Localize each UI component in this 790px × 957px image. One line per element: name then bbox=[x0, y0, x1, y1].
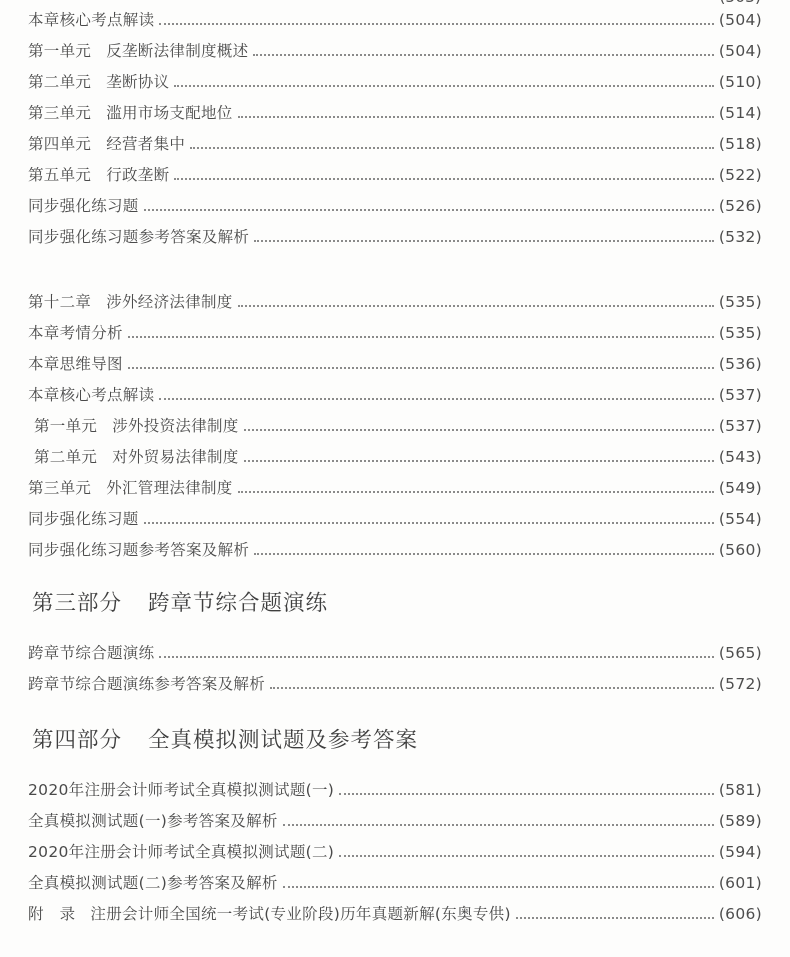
toc-entry: 本章核心考点解读 (504) bbox=[28, 5, 762, 36]
toc-entry-page-number: (565) bbox=[719, 638, 762, 669]
toc-section-part4: 第四部分全真模拟测试题及参考答案 2020年注册会计师考试全真模拟测试题(一) … bbox=[28, 726, 762, 930]
toc-entry: 同步强化练习题参考答案及解析 (532) bbox=[28, 222, 762, 253]
toc-entry-page-number: (522) bbox=[719, 160, 762, 191]
toc-entry-title: 行政垄断 bbox=[106, 160, 169, 191]
toc-entry-title: 本章考情分析 bbox=[28, 318, 123, 349]
toc-entry-title: 跨章节综合题演练 bbox=[28, 638, 154, 669]
dot-leader bbox=[238, 491, 714, 493]
dot-leader bbox=[238, 116, 714, 118]
toc-entry: 跨章节综合题演练 (565) bbox=[28, 638, 762, 669]
toc-sections-container: 本章核心考点解读 (504) 第一单元 反垄断法律制度概述 (504) 第二单元… bbox=[28, 5, 762, 930]
dot-leader bbox=[253, 54, 713, 56]
toc-entry: 第四单元 经营者集中 (518) bbox=[28, 129, 762, 160]
toc-section-chapter11: 本章核心考点解读 (504) 第一单元 反垄断法律制度概述 (504) 第二单元… bbox=[28, 5, 762, 253]
toc-entry-prefix: 附 录 bbox=[28, 899, 75, 930]
toc-entry-prefix: 第四单元 bbox=[28, 129, 91, 160]
toc-entry-page-number: (560) bbox=[719, 535, 762, 566]
toc-entry-prefix: 第五单元 bbox=[28, 160, 91, 191]
toc-entry-title: 垄断协议 bbox=[106, 67, 169, 98]
toc-entry-title: 涉外投资法律制度 bbox=[112, 411, 238, 442]
toc-entry-page-number: (549) bbox=[719, 473, 762, 504]
toc-entry-page-number: (504) bbox=[719, 36, 762, 67]
dot-leader bbox=[254, 240, 714, 242]
dot-leader bbox=[270, 687, 714, 689]
toc-entry-page-number: (589) bbox=[719, 806, 762, 837]
toc-entry-page-number: (536) bbox=[719, 349, 762, 380]
toc-entry-page-number: (518) bbox=[719, 129, 762, 160]
toc-entry-title: 反垄断法律制度概述 bbox=[106, 36, 248, 67]
toc-entry: 同步强化练习题 (554) bbox=[28, 504, 762, 535]
toc-entry-title: 2020年注册会计师考试全真模拟测试题(一) bbox=[28, 775, 334, 806]
toc-entry-title: 同步强化练习题 bbox=[28, 191, 139, 222]
toc-entry-page-number: (581) bbox=[719, 775, 762, 806]
toc-entry: 本章核心考点解读 (537) bbox=[28, 380, 762, 411]
dot-leader bbox=[339, 855, 714, 857]
toc-entry: 附 录 注册会计师全国统一考试(专业阶段)历年真题新解(东奥专供) (606) bbox=[28, 899, 762, 930]
toc-entry: 同步强化练习题 (526) bbox=[28, 191, 762, 222]
dot-leader bbox=[254, 553, 714, 555]
toc-entry: 第五单元 行政垄断 (522) bbox=[28, 160, 762, 191]
dot-leader bbox=[238, 305, 714, 307]
toc-entry-prefix: 第二单元 bbox=[34, 442, 97, 473]
toc-entry: 同步强化练习题参考答案及解析 (560) bbox=[28, 535, 762, 566]
dot-leader bbox=[244, 429, 714, 431]
toc-entry: 第十二章 涉外经济法律制度 (535) bbox=[28, 287, 762, 318]
toc-entry-prefix: 第三单元 bbox=[28, 473, 91, 504]
toc-entry-prefix: 第一单元 bbox=[28, 36, 91, 67]
toc-entry-page-number: (510) bbox=[719, 67, 762, 98]
dot-leader bbox=[159, 656, 713, 658]
toc-entry-page-number: (543) bbox=[719, 442, 762, 473]
toc-entry-page-number: (537) bbox=[719, 411, 762, 442]
toc-entry-page-number: (537) bbox=[719, 380, 762, 411]
toc-entry-title: 滥用市场支配地位 bbox=[106, 98, 232, 129]
dot-leader bbox=[174, 85, 713, 87]
toc-entry: 第二单元 垄断协议 (510) bbox=[28, 67, 762, 98]
toc-entry-page-number: (504) bbox=[719, 5, 762, 36]
dot-leader bbox=[283, 824, 714, 826]
dot-leader bbox=[283, 886, 714, 888]
toc-entry-title: 跨章节综合题演练参考答案及解析 bbox=[28, 669, 265, 700]
toc-entry-page-number: (594) bbox=[719, 837, 762, 868]
toc-entry: 全真模拟测试题(二)参考答案及解析 (601) bbox=[28, 868, 762, 899]
toc-entry-title: 经营者集中 bbox=[106, 129, 185, 160]
toc-entry: 第一单元 涉外投资法律制度 (537) bbox=[28, 411, 762, 442]
toc-section-part3: 第三部分跨章节综合题演练 跨章节综合题演练 (565) 跨章节综合题演练参考答案… bbox=[28, 589, 762, 700]
dot-leader bbox=[516, 917, 714, 919]
dot-leader bbox=[159, 398, 713, 400]
toc-entry-page-number: (572) bbox=[719, 669, 762, 700]
toc-entry-prefix: 第三单元 bbox=[28, 98, 91, 129]
toc-entry-title: 同步强化练习题参考答案及解析 bbox=[28, 222, 249, 253]
part-header-title: 全真模拟测试题及参考答案 bbox=[148, 728, 418, 753]
toc-entry: 跨章节综合题演练参考答案及解析 (572) bbox=[28, 669, 762, 700]
toc-section-chapter12: 第十二章 涉外经济法律制度 (535) 本章考情分析 (535) 本章思维导图 … bbox=[28, 287, 762, 566]
toc-entry-title: 全真模拟测试题(一)参考答案及解析 bbox=[28, 806, 278, 837]
dot-leader bbox=[190, 147, 714, 149]
toc-entry: 本章考情分析 (535) bbox=[28, 318, 762, 349]
dot-leader bbox=[144, 522, 714, 524]
toc-entry-title: 外汇管理法律制度 bbox=[106, 473, 232, 504]
toc-entry-title: 同步强化练习题参考答案及解析 bbox=[28, 535, 249, 566]
part-header-prefix: 第四部分 bbox=[32, 728, 122, 753]
toc-entry-page-number: (535) bbox=[719, 287, 762, 318]
dot-leader bbox=[174, 178, 713, 180]
toc-entry-prefix: 第二单元 bbox=[28, 67, 91, 98]
toc-entry-title: 本章核心考点解读 bbox=[28, 5, 154, 36]
toc-entry-title: 对外贸易法律制度 bbox=[112, 442, 238, 473]
part-header-prefix: 第三部分 bbox=[32, 591, 122, 616]
dot-leader bbox=[128, 367, 714, 369]
toc-entry-title: 2020年注册会计师考试全真模拟测试题(二) bbox=[28, 837, 334, 868]
toc-entry-page-number: (554) bbox=[719, 504, 762, 535]
toc-entry: 2020年注册会计师考试全真模拟测试题(一) (581) bbox=[28, 775, 762, 806]
dot-leader bbox=[144, 209, 714, 211]
toc-page: (503) 本章核心考点解读 (504) 第一单元 反垄断法律制度概述 (504… bbox=[0, 0, 790, 957]
cropped-page-number-fragment: (503) bbox=[719, 0, 761, 6]
dot-leader bbox=[159, 23, 713, 25]
toc-entry-prefix: 第一单元 bbox=[34, 411, 97, 442]
toc-entry-title: 本章思维导图 bbox=[28, 349, 123, 380]
part-header-title: 跨章节综合题演练 bbox=[148, 591, 328, 616]
toc-entry-title: 本章核心考点解读 bbox=[28, 380, 154, 411]
toc-entry-page-number: (601) bbox=[719, 868, 762, 899]
toc-entry-title: 注册会计师全国统一考试(专业阶段)历年真题新解(东奥专供) bbox=[90, 899, 510, 930]
toc-entry-page-number: (535) bbox=[719, 318, 762, 349]
toc-entry: 第一单元 反垄断法律制度概述 (504) bbox=[28, 36, 762, 67]
toc-entry: 第三单元 滥用市场支配地位 (514) bbox=[28, 98, 762, 129]
toc-entry-page-number: (606) bbox=[719, 899, 762, 930]
toc-entry-title: 全真模拟测试题(二)参考答案及解析 bbox=[28, 868, 278, 899]
toc-entry: 2020年注册会计师考试全真模拟测试题(二) (594) bbox=[28, 837, 762, 868]
toc-entry-page-number: (532) bbox=[719, 222, 762, 253]
toc-entry-page-number: (514) bbox=[719, 98, 762, 129]
dot-leader bbox=[339, 793, 714, 795]
toc-entry: 第三单元 外汇管理法律制度 (549) bbox=[28, 473, 762, 504]
toc-entry-title: 同步强化练习题 bbox=[28, 504, 139, 535]
part-header: 第四部分全真模拟测试题及参考答案 bbox=[32, 726, 762, 756]
toc-entry: 全真模拟测试题(一)参考答案及解析 (589) bbox=[28, 806, 762, 837]
dot-leader bbox=[244, 460, 714, 462]
toc-entry: 本章思维导图 (536) bbox=[28, 349, 762, 380]
part-header: 第三部分跨章节综合题演练 bbox=[32, 589, 762, 619]
toc-entry-title: 涉外经济法律制度 bbox=[106, 287, 232, 318]
toc-entry-page-number: (526) bbox=[719, 191, 762, 222]
dot-leader bbox=[128, 336, 714, 338]
toc-entry-prefix: 第十二章 bbox=[28, 287, 91, 318]
toc-entry: 第二单元 对外贸易法律制度 (543) bbox=[28, 442, 762, 473]
